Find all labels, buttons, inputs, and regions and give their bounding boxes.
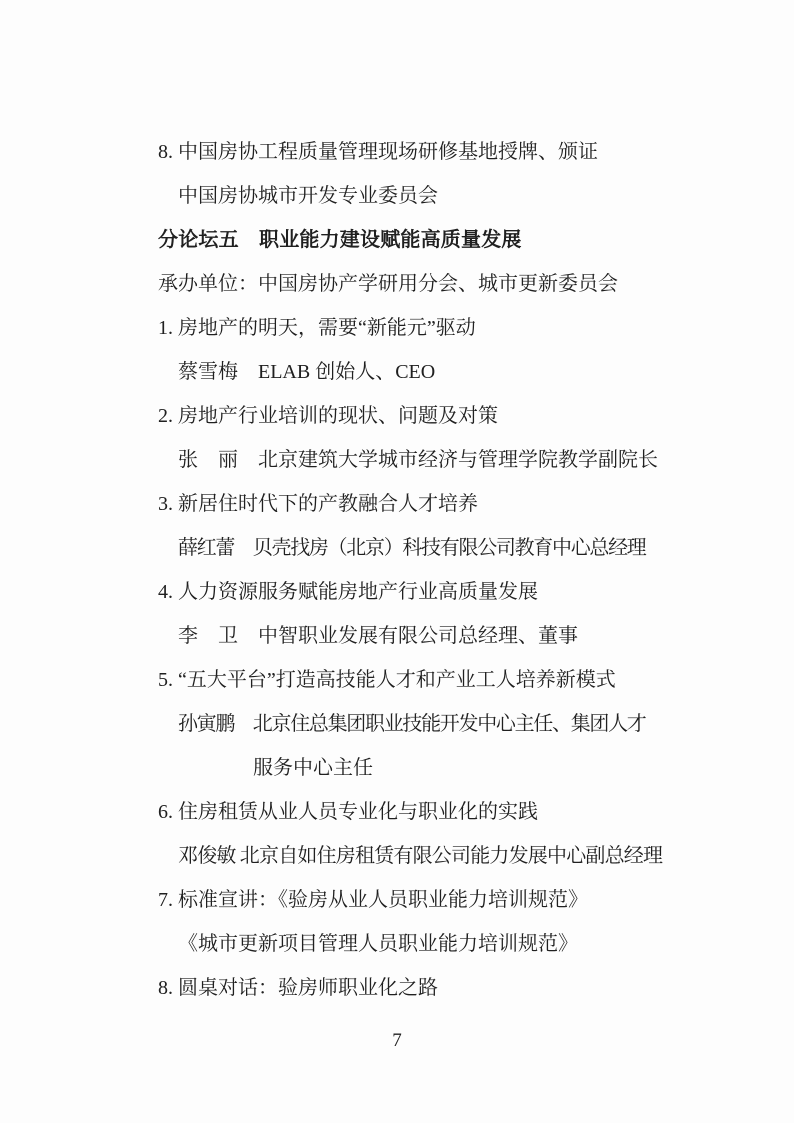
- topic-1-title: 1. 房地产的明天，需要“新能元”驱动: [158, 306, 718, 350]
- topic-1-speaker: 蔡雪梅 ELAB 创始人、CEO: [158, 350, 718, 394]
- topic-7-title-cont: 《城市更新项目管理人员职业能力培训规范》: [158, 922, 718, 966]
- topic-5-speaker-cont: 服务中心主任: [158, 746, 718, 790]
- topic-3-speaker: 薛红蕾 贝壳找房（北京）科技有限公司教育中心总经理: [158, 526, 718, 570]
- topic-5-title: 5. “五大平台”打造高技能人才和产业工人培养新模式: [158, 658, 718, 702]
- subforum-5-organizer: 承办单位：中国房协产学研用分会、城市更新委员会: [158, 262, 718, 306]
- topic-7-title: 7. 标准宣讲：《验房从业人员职业能力培训规范》: [158, 878, 718, 922]
- topic-4-title: 4. 人力资源服务赋能房地产行业高质量发展: [158, 570, 718, 614]
- topic-6-speaker: 邓俊敏 北京自如住房租赁有限公司能力发展中心副总经理: [158, 834, 718, 878]
- prev-forum-item-8-title: 8. 中国房协工程质量管理现场研修基地授牌、颁证: [158, 130, 718, 174]
- topic-8-title: 8. 圆桌对话：验房师职业化之路: [158, 966, 718, 1010]
- topic-3-title: 3. 新居住时代下的产教融合人才培养: [158, 482, 718, 526]
- page-number: 7: [0, 1019, 794, 1063]
- prev-forum-item-8-org: 中国房协城市开发专业委员会: [158, 174, 718, 218]
- document-body: 8. 中国房协工程质量管理现场研修基地授牌、颁证 中国房协城市开发专业委员会 分…: [158, 130, 718, 1010]
- subforum-5-heading: 分论坛五 职业能力建设赋能高质量发展: [158, 218, 718, 262]
- topic-4-speaker: 李 卫 中智职业发展有限公司总经理、董事: [158, 614, 718, 658]
- topic-5-speaker: 孙寅鹏 北京住总集团职业技能开发中心主任、集团人才: [158, 702, 718, 746]
- topic-2-title: 2. 房地产行业培训的现状、问题及对策: [158, 394, 718, 438]
- topic-2-speaker: 张 丽 北京建筑大学城市经济与管理学院教学副院长: [158, 438, 718, 482]
- topic-6-title: 6. 住房租赁从业人员专业化与职业化的实践: [158, 790, 718, 834]
- document-page: 8. 中国房协工程质量管理现场研修基地授牌、颁证 中国房协城市开发专业委员会 分…: [0, 0, 794, 1123]
